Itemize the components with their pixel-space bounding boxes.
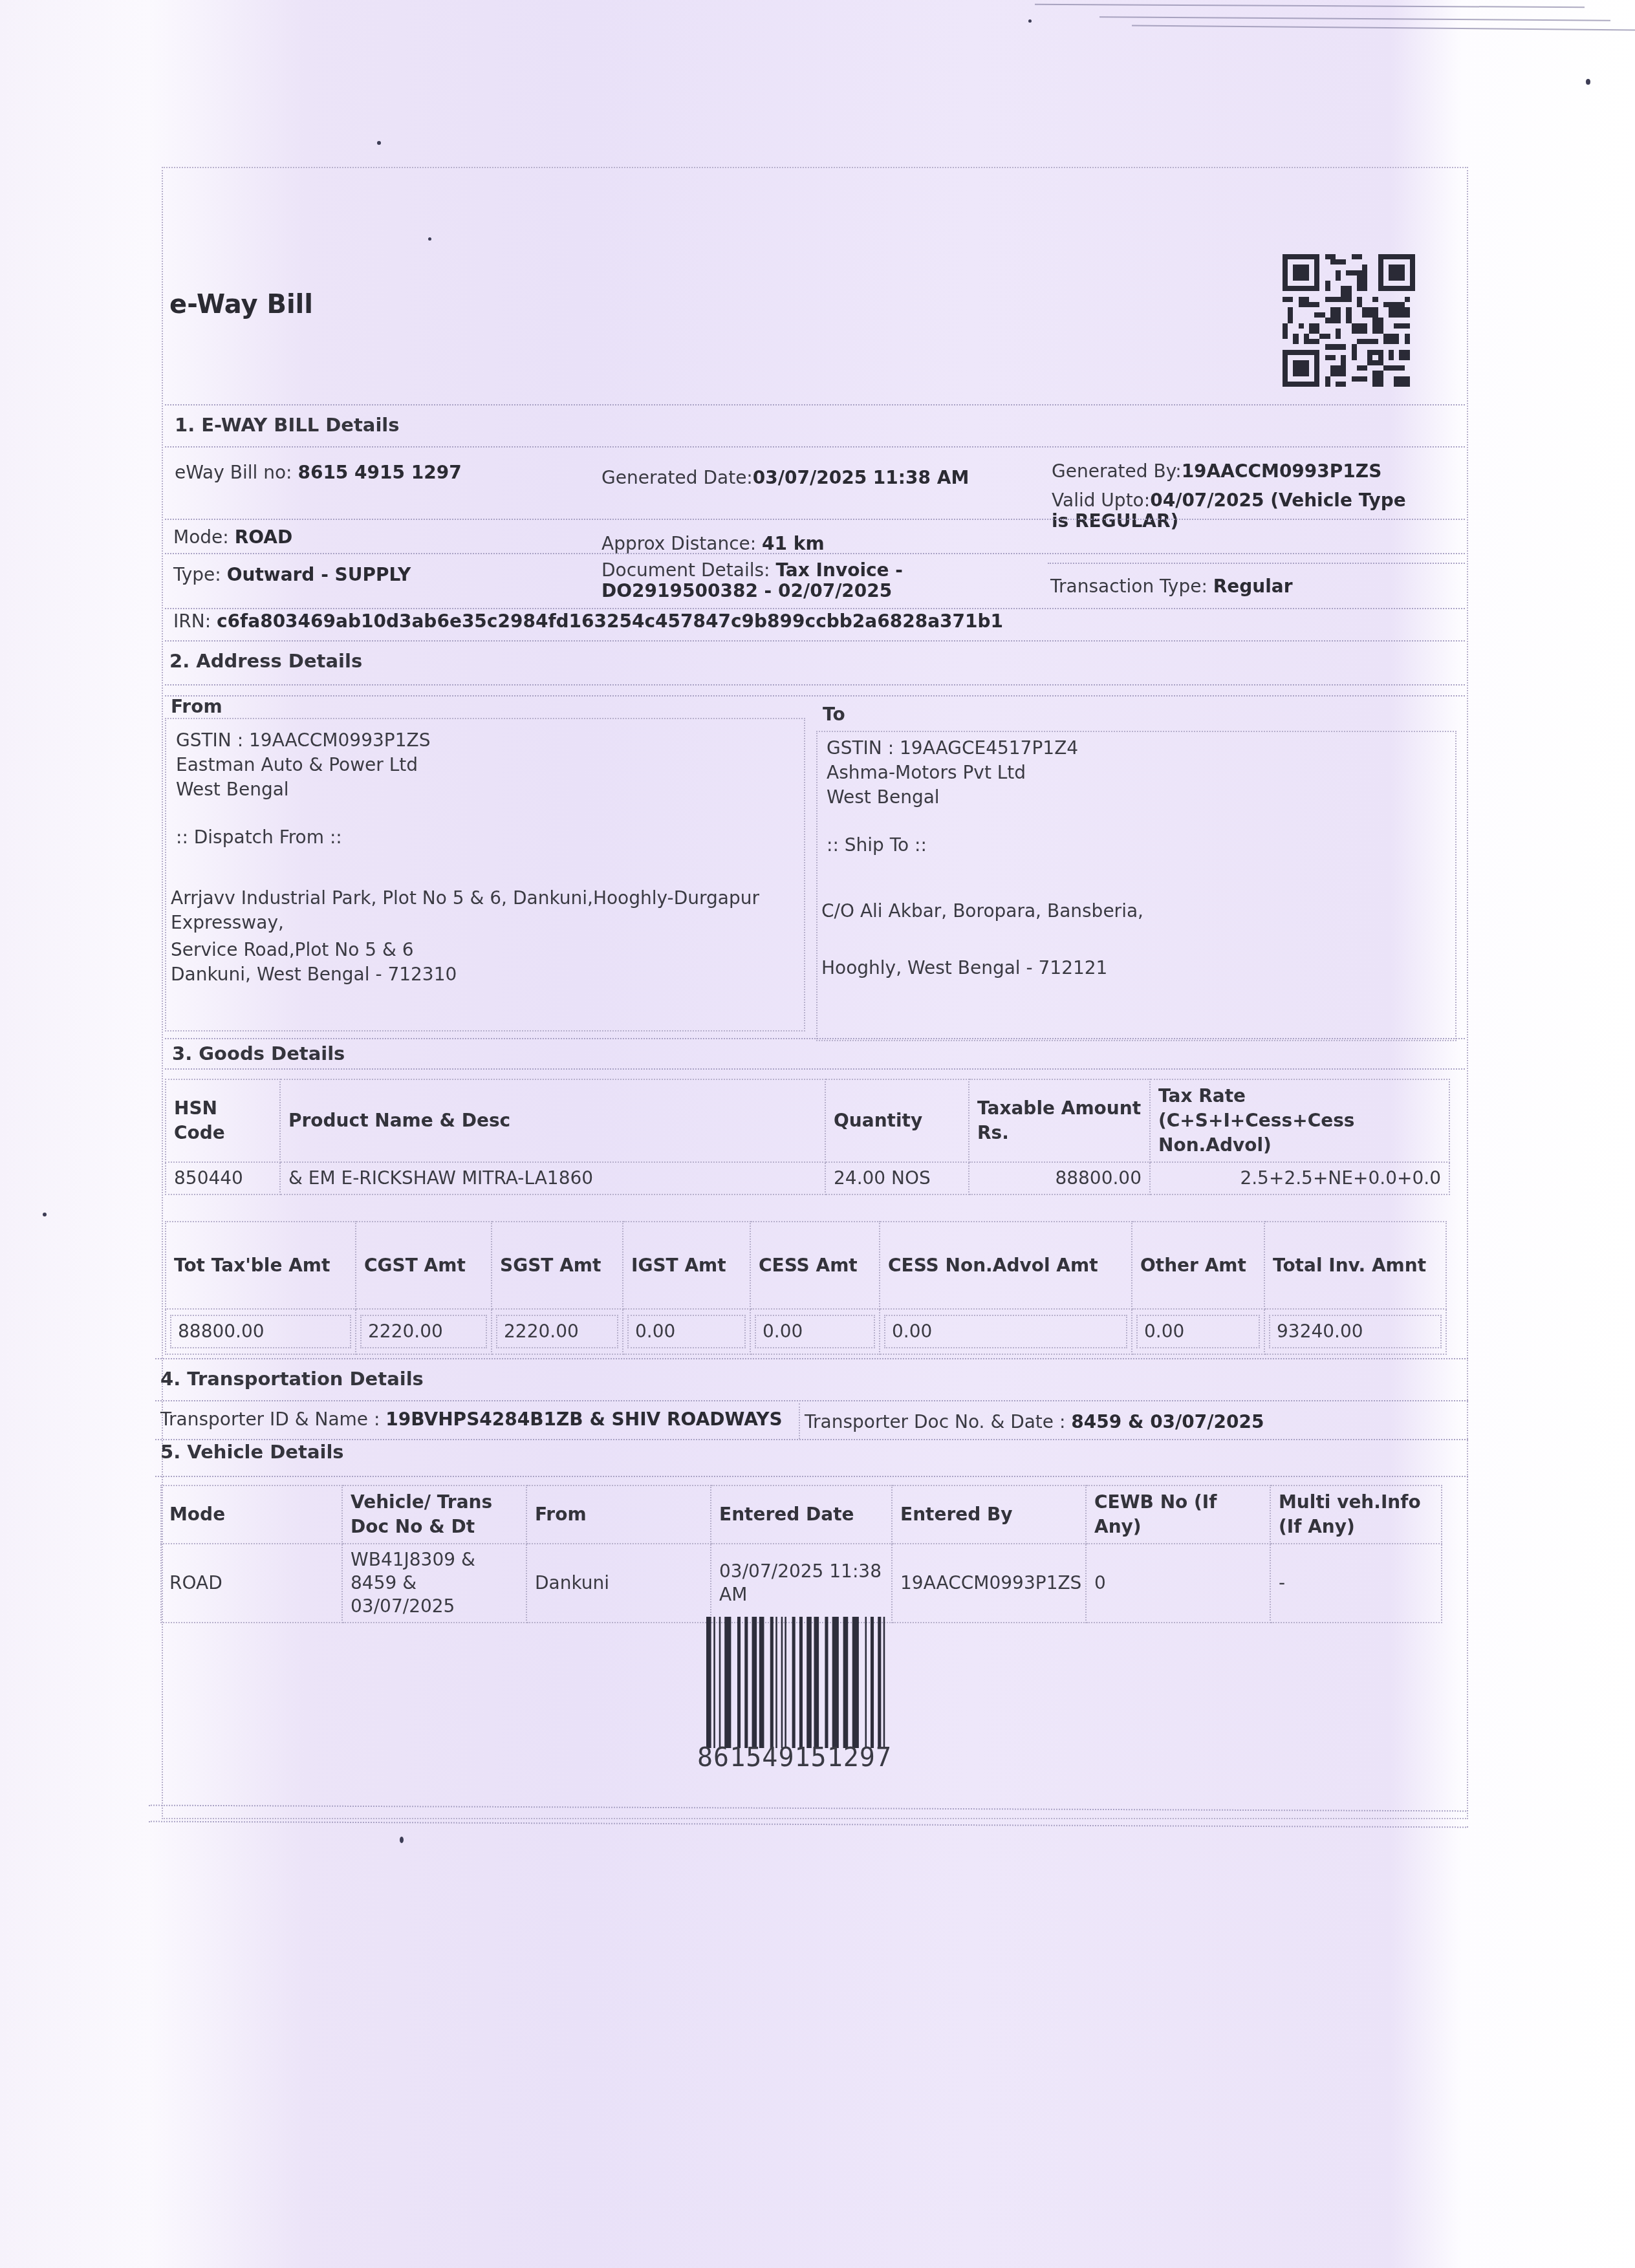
section-heading-goods: 3. Goods Details bbox=[172, 1042, 345, 1064]
table-cell: ROAD bbox=[161, 1544, 342, 1623]
divider bbox=[155, 1476, 1468, 1477]
column-header: Entered Date bbox=[711, 1485, 892, 1544]
column-header: HSN Code bbox=[166, 1079, 280, 1162]
divider bbox=[155, 1439, 1468, 1440]
generated-date: Generated Date:03/07/2025 11:38 AM bbox=[601, 467, 969, 488]
table-cell: 0.00 bbox=[1132, 1309, 1264, 1354]
divider bbox=[165, 1038, 1465, 1039]
to-state: West Bengal bbox=[827, 785, 1078, 810]
amount-value: 0.00 bbox=[1136, 1315, 1260, 1348]
table-cell: Dankuni bbox=[526, 1544, 711, 1623]
dispatch-address-line: Service Road,Plot No 5 & 6 bbox=[171, 938, 759, 962]
mode: Mode: ROAD bbox=[173, 526, 292, 548]
generated-by: Generated By:19AACCM0993P1ZS bbox=[1052, 460, 1381, 482]
transporter-doc: Transporter Doc No. & Date : 8459 & 03/0… bbox=[805, 1411, 1264, 1432]
tax-totals-table: Tot Tax'ble AmtCGST AmtSGST AmtIGST AmtC… bbox=[165, 1221, 1447, 1355]
table-cell: 19AACCM0993P1ZS bbox=[892, 1544, 1086, 1623]
vehicle-table: ModeVehicle/ Trans Doc No & DtFromEntere… bbox=[160, 1485, 1442, 1623]
valid-upto-value-cont: is REGULAR) bbox=[1052, 510, 1178, 532]
column-header: CEWB No (If Any) bbox=[1086, 1485, 1270, 1544]
section-heading-address: 2. Address Details bbox=[169, 650, 362, 672]
type: Type: Outward - SUPPLY bbox=[173, 564, 411, 585]
amount-value: 0.00 bbox=[627, 1315, 746, 1348]
divider bbox=[165, 404, 1465, 405]
scan-speck bbox=[377, 141, 381, 145]
section-heading-vehicle: 5. Vehicle Details bbox=[160, 1441, 344, 1463]
generated-by-value: 19AACCM0993P1ZS bbox=[1182, 460, 1382, 482]
divider bbox=[165, 684, 1465, 686]
amount-value: 2220.00 bbox=[360, 1315, 487, 1348]
column-header: Vehicle/ Trans Doc No & Dt bbox=[342, 1485, 526, 1544]
goods-table: HSN CodeProduct Name & DescQuantityTaxab… bbox=[165, 1079, 1450, 1195]
qr-code-icon bbox=[1283, 254, 1415, 387]
table-cell: 2220.00 bbox=[356, 1309, 492, 1354]
table-row: ROADWB41J8309 & 8459 & 03/07/2025Dankuni… bbox=[161, 1544, 1442, 1623]
valid-upto-value: 04/07/2025 (Vehicle Type bbox=[1150, 490, 1406, 511]
divider bbox=[149, 1821, 1468, 1828]
transporter-id-name: Transporter ID & Name : 19BVHPS4284B1ZB … bbox=[160, 1409, 783, 1430]
from-gstin: GSTIN : 19AACCM0993P1ZS bbox=[176, 728, 430, 753]
column-header: Tax Rate (C+S+I+Cess+Cess Non.Advol) bbox=[1150, 1079, 1449, 1162]
table-cell: 0.00 bbox=[623, 1309, 750, 1354]
scan-speck bbox=[400, 1837, 404, 1843]
eway-bill-no-value: 8615 4915 1297 bbox=[298, 462, 461, 483]
from-state: West Bengal bbox=[176, 777, 430, 802]
to-label: To bbox=[823, 704, 845, 725]
section-heading-transport: 4. Transportation Details bbox=[160, 1368, 424, 1390]
scan-speck bbox=[1028, 19, 1032, 23]
approx-distance: Approx Distance: 41 km bbox=[601, 533, 825, 554]
dispatch-from-label: :: Dispatch From :: bbox=[176, 825, 430, 850]
transaction-type-value: Regular bbox=[1213, 576, 1293, 597]
document-details-value-cont: DO2919500382 - 02/07/2025 bbox=[601, 580, 892, 601]
table-cell: & EM E-RICKSHAW MITRA-LA1860 bbox=[280, 1162, 825, 1194]
table-row: 850440& EM E-RICKSHAW MITRA-LA186024.00 … bbox=[166, 1162, 1449, 1194]
amount-value: 0.00 bbox=[884, 1315, 1127, 1348]
column-header: Mode bbox=[161, 1485, 342, 1544]
table-cell: WB41J8309 & 8459 & 03/07/2025 bbox=[342, 1544, 526, 1623]
ship-to-label: :: Ship To :: bbox=[827, 833, 1078, 858]
ship-address-line: Hooghly, West Bengal - 712121 bbox=[821, 956, 1107, 980]
column-header: IGST Amt bbox=[623, 1222, 750, 1309]
column-header: Entered By bbox=[892, 1485, 1086, 1544]
column-header: SGST Amt bbox=[492, 1222, 623, 1309]
divider bbox=[155, 1400, 1468, 1401]
table-cell: - bbox=[1270, 1544, 1442, 1623]
page-title: e-Way Bill bbox=[169, 290, 313, 319]
irn: IRN: c6fa803469ab10d3ab6e35c2984fd163254… bbox=[173, 610, 1003, 632]
paper-edge bbox=[1099, 16, 1610, 21]
divider bbox=[155, 1358, 1468, 1359]
eway-bill-no: eWay Bill no: 8615 4915 1297 bbox=[175, 462, 462, 483]
table-cell: 88800.00 bbox=[969, 1162, 1150, 1194]
dispatch-address: Arrjavv Industrial Park, Plot No 5 & 6, … bbox=[171, 886, 759, 987]
column-header: From bbox=[526, 1485, 711, 1544]
paper-edge bbox=[1035, 4, 1585, 8]
divider bbox=[165, 1068, 1465, 1070]
barcode-icon bbox=[706, 1617, 891, 1748]
section-heading-eway-details: 1. E-WAY BILL Details bbox=[175, 414, 400, 436]
table-cell: 0 bbox=[1086, 1544, 1270, 1623]
column-header: Other Amt bbox=[1132, 1222, 1264, 1309]
amount-value: 88800.00 bbox=[170, 1315, 351, 1348]
transaction-type: Transaction Type: Regular bbox=[1050, 576, 1293, 597]
generated-date-value: 03/07/2025 11:38 AM bbox=[753, 467, 969, 488]
divider bbox=[165, 608, 1465, 609]
divider bbox=[1048, 563, 1465, 564]
table-cell: 850440 bbox=[166, 1162, 280, 1194]
to-gstin: GSTIN : 19AAGCE4517P1Z4 bbox=[827, 736, 1078, 761]
dispatch-address-line: Arrjavv Industrial Park, Plot No 5 & 6, … bbox=[171, 886, 759, 911]
from-name: Eastman Auto & Power Ltd bbox=[176, 753, 430, 777]
mode-value: ROAD bbox=[235, 526, 293, 548]
divider bbox=[165, 553, 1465, 554]
column-header: CGST Amt bbox=[356, 1222, 492, 1309]
table-cell: 24.00 NOS bbox=[825, 1162, 969, 1194]
type-value: Outward - SUPPLY bbox=[227, 564, 411, 585]
column-header: Taxable Amount Rs. bbox=[969, 1079, 1150, 1162]
scan-speck bbox=[428, 237, 431, 241]
column-header: Total Inv. Amnt bbox=[1264, 1222, 1446, 1309]
divider bbox=[165, 519, 1465, 520]
column-header: Tot Tax'ble Amt bbox=[166, 1222, 356, 1309]
table-cell: 88800.00 bbox=[166, 1309, 356, 1354]
transporter-id-name-value: 19BVHPS4284B1ZB & SHIV ROADWAYS bbox=[385, 1409, 782, 1430]
transporter-doc-value: 8459 & 03/07/2025 bbox=[1071, 1411, 1264, 1432]
irn-value: c6fa803469ab10d3ab6e35c2984fd163254c4578… bbox=[217, 610, 1003, 632]
from-label: From bbox=[171, 696, 222, 717]
valid-upto: Valid Upto:04/07/2025 (Vehicle Type is R… bbox=[1052, 490, 1406, 532]
divider bbox=[165, 446, 1465, 448]
paper-edge bbox=[1132, 25, 1635, 31]
approx-distance-value: 41 km bbox=[762, 533, 825, 554]
column-header: Quantity bbox=[825, 1079, 969, 1162]
column-header: CESS Non.Advol Amt bbox=[880, 1222, 1132, 1309]
divider bbox=[165, 640, 1465, 642]
to-name: Ashma-Motors Pvt Ltd bbox=[827, 761, 1078, 785]
ship-address-line: C/O Ali Akbar, Boropara, Bansberia, bbox=[821, 899, 1143, 923]
amount-value: 2220.00 bbox=[496, 1315, 618, 1348]
table-cell: 93240.00 bbox=[1264, 1309, 1446, 1354]
divider bbox=[165, 695, 1465, 697]
scan-speck bbox=[43, 1213, 47, 1216]
table-cell: 0.00 bbox=[750, 1309, 880, 1354]
scan-speck bbox=[1586, 79, 1590, 85]
amount-value: 93240.00 bbox=[1269, 1315, 1442, 1348]
table-cell: 03/07/2025 11:38 AM bbox=[711, 1544, 892, 1623]
column-header: Multi veh.Info (If Any) bbox=[1270, 1485, 1442, 1544]
column-header: Product Name & Desc bbox=[280, 1079, 825, 1162]
dispatch-address-line: Expressway, bbox=[171, 911, 759, 935]
table-cell: 2.5+2.5+NE+0.0+0.0 bbox=[1150, 1162, 1449, 1194]
document-details: Document Details: Tax Invoice - DO291950… bbox=[601, 560, 903, 601]
from-address: GSTIN : 19AACCM0993P1ZS Eastman Auto & P… bbox=[176, 728, 430, 850]
divider bbox=[799, 1403, 800, 1439]
amount-value: 0.00 bbox=[755, 1315, 875, 1348]
table-cell: 0.00 bbox=[880, 1309, 1132, 1354]
dispatch-address-line: Dankuni, West Bengal - 712310 bbox=[171, 962, 759, 987]
table-cell: 2220.00 bbox=[492, 1309, 623, 1354]
to-address: GSTIN : 19AAGCE4517P1Z4 Ashma-Motors Pvt… bbox=[827, 736, 1078, 858]
barcode-number: 861549151297 bbox=[697, 1743, 892, 1773]
document-details-value: Tax Invoice - bbox=[775, 559, 903, 581]
column-header: CESS Amt bbox=[750, 1222, 880, 1309]
